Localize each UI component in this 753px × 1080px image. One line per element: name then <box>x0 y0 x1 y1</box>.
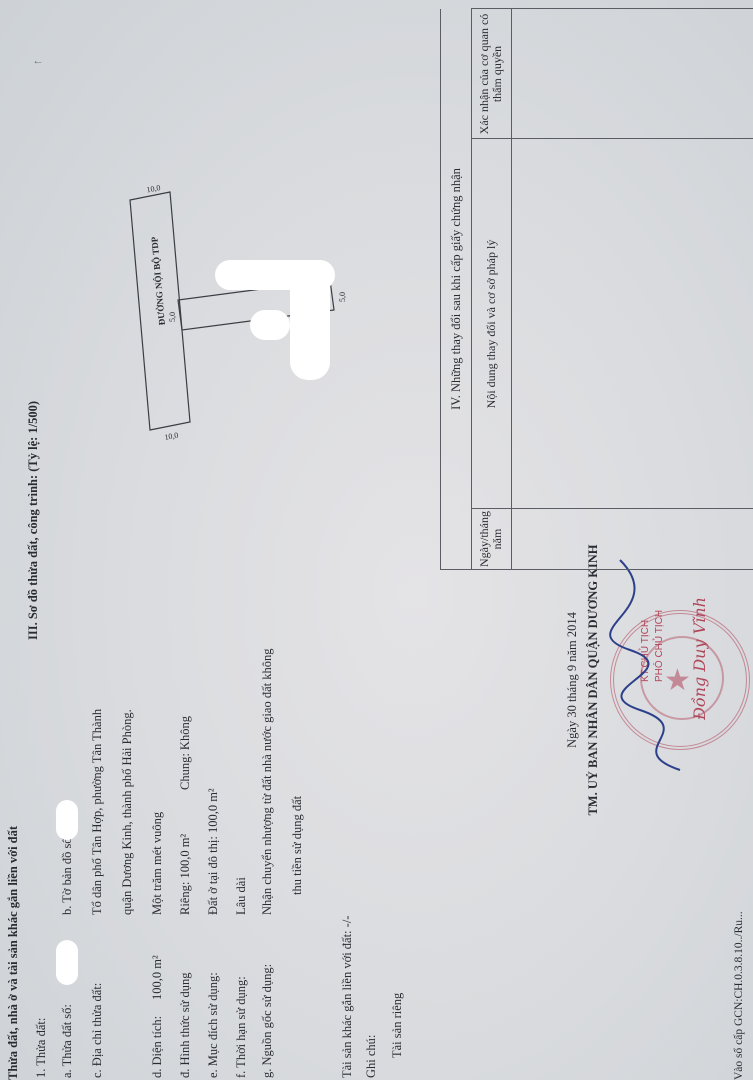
field-c-value-cont: quận Dương Kinh, thành phố Hải Phòng. <box>120 709 135 915</box>
registry-line: Vào sổ cấp GCN:CH.0.3.8.10../Ru... <box>733 911 745 1080</box>
field-c-label: c. Địa chỉ thửa đất: <box>90 983 105 1078</box>
field-f-label: f. Thời hạn sử dụng: <box>234 976 249 1078</box>
col-header-date: Ngày/tháng năm <box>471 508 512 569</box>
pen-mark: ↑ <box>32 59 44 65</box>
section-header: Thửa đất, nhà ở và tài sản khác gắn liền… <box>6 826 21 1080</box>
col-header-confirmation: Xác nhận của cơ quan có thẩm quyền <box>471 8 512 139</box>
other-assets: Tài sản khác gắn liền với đất: -/- <box>340 916 355 1078</box>
col-content <box>511 138 753 509</box>
redaction <box>250 310 290 340</box>
redaction <box>290 260 330 380</box>
field-d-area-words: Một trăm mét vuông <box>150 812 165 915</box>
field-b-label: b. Tờ bản đồ số: <box>60 834 75 915</box>
diagram-title: III. Sơ đồ thửa đất, công trình: (Tỷ lệ:… <box>26 401 41 640</box>
notes-value: Tài sản riêng <box>390 993 405 1058</box>
col-confirmation <box>511 8 753 139</box>
field-d-form-shared: Chung: Không <box>178 716 193 790</box>
field-g-value: Nhận chuyển nhượng từ đất nhà nước giao … <box>260 649 275 915</box>
notes-label: Ghi chú: <box>364 1035 379 1078</box>
signature-scribble <box>600 550 720 780</box>
field-d-area-value: 100,0 m² <box>150 955 165 1000</box>
table-title: IV. Những thay đổi sau khi cấp giấy chứn… <box>441 9 472 569</box>
road-label: ĐƯỜNG NỘI BỘ TDP <box>149 236 167 326</box>
field-a-label: a. Thửa đất số: <box>60 1004 75 1078</box>
certificate-page: Thửa đất, nhà ở và tài sản khác gắn liền… <box>0 0 753 1080</box>
redaction <box>56 800 78 840</box>
field-e-value: Đất ở tại đô thị: 100,0 m² <box>206 788 221 915</box>
field-e-label: e. Mục đích sử dụng: <box>206 972 221 1078</box>
authority: TM. UỶ BAN NHÂN DÂN QUẬN DƯƠNG KINH <box>586 530 601 830</box>
field-d-form-label: đ. Hình thức sử dụng <box>178 972 193 1078</box>
dim-road-left: 10,0 <box>164 431 179 440</box>
redaction <box>56 940 78 985</box>
field-g-value-cont: thu tiền sử dụng đất <box>290 796 305 895</box>
dim-lot-front: 5,0 <box>168 312 177 322</box>
date-line: Ngày 30 tháng 9 năm 2014 <box>565 530 580 830</box>
field-d-form-private: Riêng: 100,0 m² <box>178 834 193 915</box>
dim-lot-back: 5,0 <box>338 292 347 302</box>
dim-road-right: 10,0 <box>146 183 161 194</box>
field-c-value: Tổ dân phố Tân Hợp, phường Tân Thành <box>90 709 105 915</box>
field-g-label: g. Nguồn gốc sử dụng: <box>260 964 275 1078</box>
col-header-content: Nội dung thay đổi và cơ sở pháp lý <box>471 138 512 509</box>
col-date <box>511 508 753 569</box>
signature-block: Ngày 30 tháng 9 năm 2014 TM. UỶ BAN NHÂN… <box>565 530 601 830</box>
field-f-value: Lâu dài <box>234 877 249 915</box>
changes-table: IV. Những thay đổi sau khi cấp giấy chứn… <box>440 9 753 570</box>
field-d-area-label: d. Diện tích: <box>150 1016 165 1078</box>
parcel-heading: 1. Thửa đất: <box>34 1018 49 1078</box>
